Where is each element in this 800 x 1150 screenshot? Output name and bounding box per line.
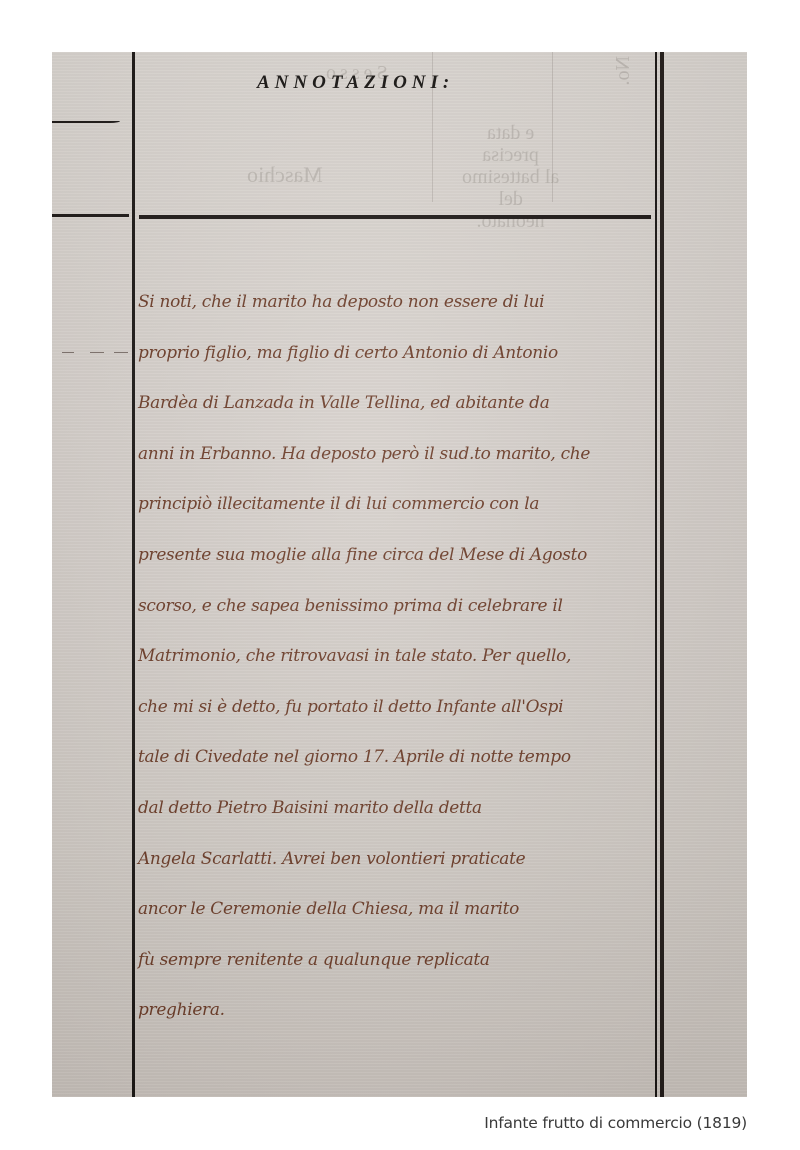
handwritten-annotation: Si noti, che il marito ha deposto non es… bbox=[138, 277, 648, 1036]
bleed-through-number: No. bbox=[612, 56, 635, 85]
annotations-heading: ANNOTAZIONI: bbox=[257, 72, 454, 94]
header-rule-left bbox=[52, 214, 129, 217]
right-column-rule-outer bbox=[660, 52, 664, 1097]
margin-dash bbox=[114, 352, 128, 353]
manuscript-line: che mi si è detto, fu portato il detto I… bbox=[138, 682, 646, 733]
manuscript-line: proprio figlio, ma figlio di certo Anton… bbox=[138, 328, 646, 379]
manuscript-line: presente sua moglie alla fine circa del … bbox=[138, 530, 646, 581]
faint-column-rule bbox=[552, 52, 553, 202]
manuscript-line: Angela Scarlatti. Avrei ben volontieri p… bbox=[138, 834, 646, 885]
right-column-rule-inner bbox=[655, 52, 657, 1097]
manuscript-line: ancor le Ceremonie della Chiesa, ma il m… bbox=[138, 884, 646, 935]
margin-dash bbox=[62, 352, 74, 353]
left-column-rule bbox=[132, 52, 135, 1097]
bleed-line: al battesimo bbox=[462, 166, 559, 188]
manuscript-line: anni in Erbanno. Ha deposto però il sud.… bbox=[138, 429, 646, 480]
manuscript-line: Matrimonio, che ritrovavasi in tale stat… bbox=[138, 631, 646, 682]
manuscript-line: Si noti, che il marito ha deposto non es… bbox=[138, 277, 646, 328]
manuscript-line: principiò illecitamente il di lui commer… bbox=[138, 479, 646, 530]
margin-dash bbox=[90, 352, 104, 353]
header-rule bbox=[139, 215, 651, 219]
manuscript-line: tale di Civedate nel giorno 17. Aprile d… bbox=[138, 732, 646, 783]
manuscript-line: dal detto Pietro Baisini marito della de… bbox=[138, 783, 646, 834]
manuscript-line: fù sempre renitente a qualunque replicat… bbox=[138, 935, 646, 986]
document-photo: Maschio Sesso e data precisa al battesim… bbox=[52, 52, 747, 1097]
image-caption: Infante frutto di commercio (1819) bbox=[484, 1114, 747, 1132]
bleed-line: e data bbox=[462, 122, 559, 144]
manuscript-line: scorso, e che sapea benissimo prima di c… bbox=[138, 581, 646, 632]
bleed-line: precisa bbox=[462, 144, 559, 166]
bleed-line: neonato. bbox=[462, 210, 559, 232]
manuscript-line: Bardèa di Lanzada in Valle Tellina, ed a… bbox=[138, 378, 646, 429]
bleed-line: del bbox=[462, 188, 559, 210]
manuscript-line: preghiera. bbox=[138, 985, 646, 1036]
bleed-through-maschio: Maschio bbox=[247, 162, 323, 188]
top-left-rule bbox=[52, 121, 120, 123]
